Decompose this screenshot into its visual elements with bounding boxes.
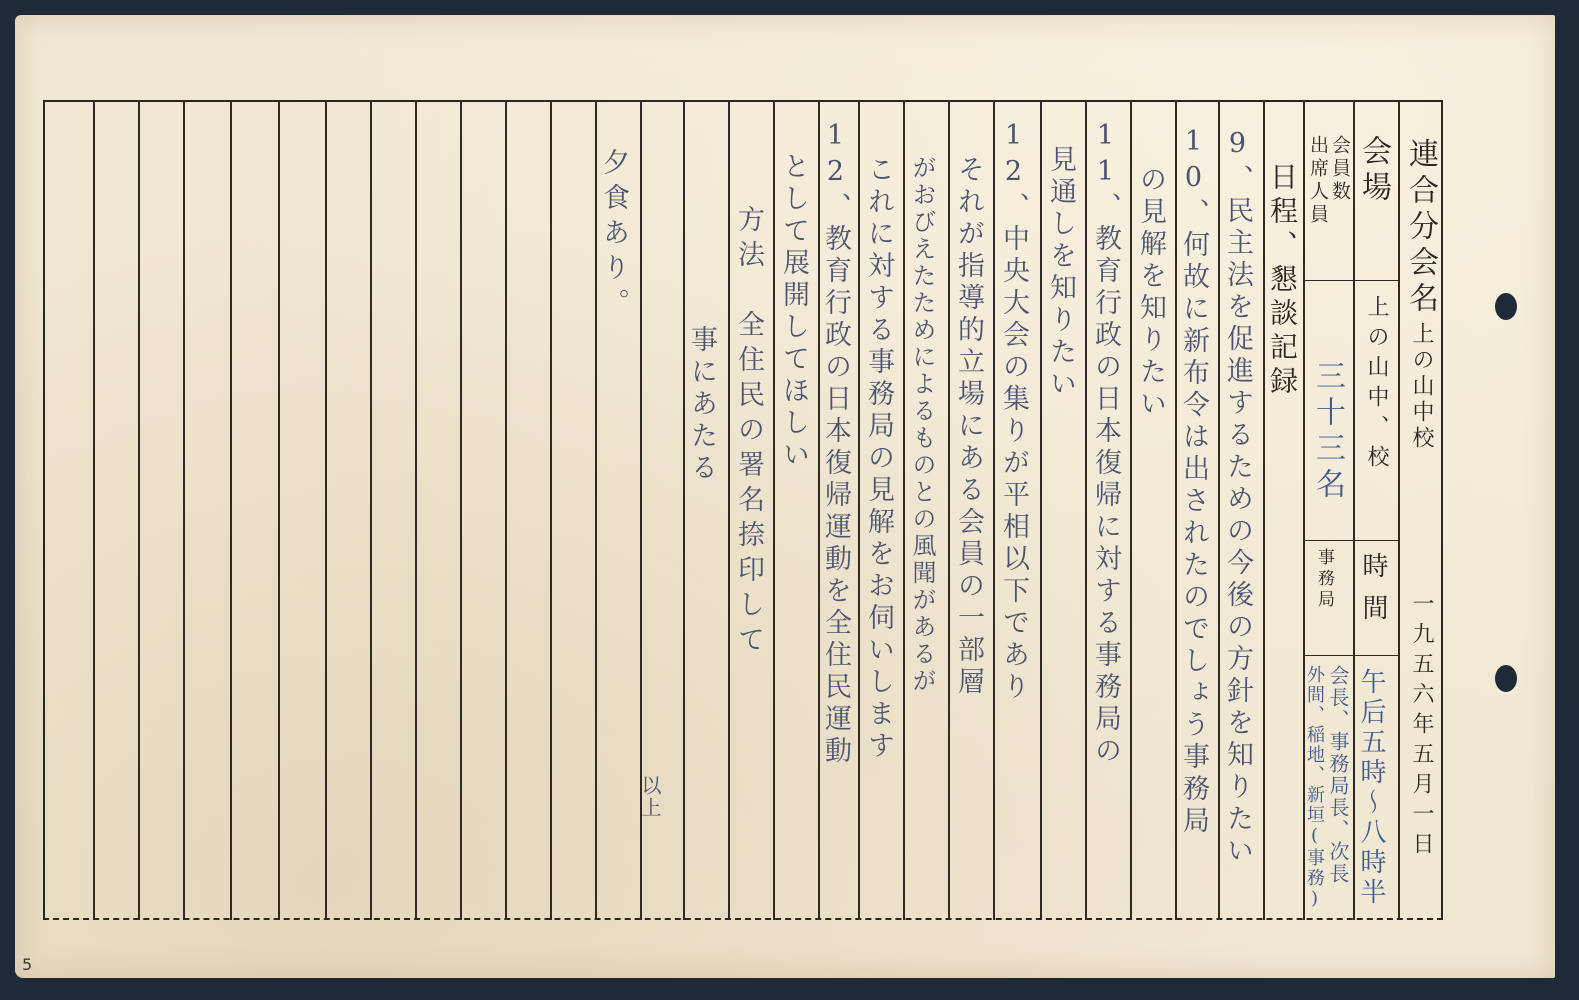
venue-label: 会場 <box>1358 135 1388 207</box>
ruling-line <box>1353 100 1355 920</box>
branch-name: 上の山中校 <box>1410 322 1432 452</box>
ruling-line <box>993 100 995 920</box>
ruling-line <box>505 100 507 920</box>
punch-hole-bottom <box>1495 665 1517 692</box>
venue-value: 上の山中、校 <box>1365 295 1387 475</box>
page-number: 5 <box>22 955 32 974</box>
header-divider <box>1303 540 1398 541</box>
ruling-line <box>230 100 232 920</box>
header-divider <box>1303 280 1353 281</box>
agenda-item-12b: 12、教育行政の日本復帰運動を全住民運動 <box>822 120 849 768</box>
members-label: 会員数 <box>1330 135 1349 204</box>
agenda-item-10: 10、何故に新布令は出されたのでしょう事務局 <box>1180 126 1207 838</box>
time-value: 午后五時～八時半 <box>1358 668 1384 908</box>
ruling-line <box>370 100 372 920</box>
ruling-line <box>728 100 730 920</box>
header-divider <box>1353 280 1398 281</box>
ruling-line <box>1175 100 1177 920</box>
secretariat-label: 事務局 <box>1315 548 1332 611</box>
ruling-line <box>683 100 685 920</box>
agenda-item-12-cont-2: がおびえたためによるものとの風聞があるが <box>910 155 934 695</box>
attendees-value: 三十三名 <box>1312 360 1342 504</box>
agenda-item-9: 9、民主法を促進するための今後の方針を知りたい <box>1224 128 1251 868</box>
end-mark: 以上 <box>640 775 660 819</box>
ruling-line <box>1398 100 1400 920</box>
meeting-date: 一九五六年五月一日 <box>1410 592 1432 862</box>
ruling-line <box>948 100 950 920</box>
agenda-item-12-cont-3: これに対する事務局の見解をお伺いします <box>865 155 892 763</box>
ruling-line <box>183 100 185 920</box>
ruling-line <box>1218 100 1220 920</box>
ruling-line <box>595 100 597 920</box>
agenda-item-11: 11、教育行政の日本復帰に対する事務局の <box>1092 120 1119 768</box>
ruling-line <box>858 100 860 920</box>
attendees-label: 出席人員 <box>1308 135 1327 227</box>
ruling-line <box>93 100 95 920</box>
ruling-line <box>460 100 462 920</box>
ruling-line <box>325 100 327 920</box>
secretariat-officers: 会長、事務局長、次長 <box>1328 665 1348 885</box>
time-label: 時間 <box>1360 552 1386 636</box>
secretariat-staff: 外間、稲地、新垣(事務) <box>1305 665 1323 911</box>
ruling-line <box>550 100 552 920</box>
agenda-item-12: 12、中央大会の集りが平相以下であり <box>1000 120 1027 704</box>
form-title: 連合分会名 <box>1405 138 1435 318</box>
agenda-item-12b-cont-2: 事にあたる <box>688 325 715 485</box>
ruling-line <box>1040 100 1042 920</box>
agenda-item-12b-method: 方法 全住民の署名捺印して <box>735 205 762 660</box>
agenda-item-12-cont-1: それが指導的立場にある会員の一部層 <box>955 155 982 699</box>
agenda-item-11-cont: 見通しを知りたい <box>1047 145 1074 401</box>
ruling-line <box>1263 100 1265 920</box>
punch-hole-top <box>1495 293 1517 320</box>
agenda-label: 日程、懇談記録 <box>1268 162 1296 400</box>
ruling-line <box>278 100 280 920</box>
agenda-item-10-cont: の見解を知りたい <box>1137 165 1164 421</box>
ruling-line <box>1085 100 1087 920</box>
ruling-line <box>903 100 905 920</box>
closing-note: 夕食あり。 <box>600 148 627 323</box>
ruling-line <box>415 100 417 920</box>
ruling-line <box>1130 100 1132 920</box>
ruling-line <box>138 100 140 920</box>
ruling-line <box>773 100 775 920</box>
header-divider <box>1303 655 1398 656</box>
agenda-item-12b-cont-1: として展開してほしい <box>780 152 807 472</box>
